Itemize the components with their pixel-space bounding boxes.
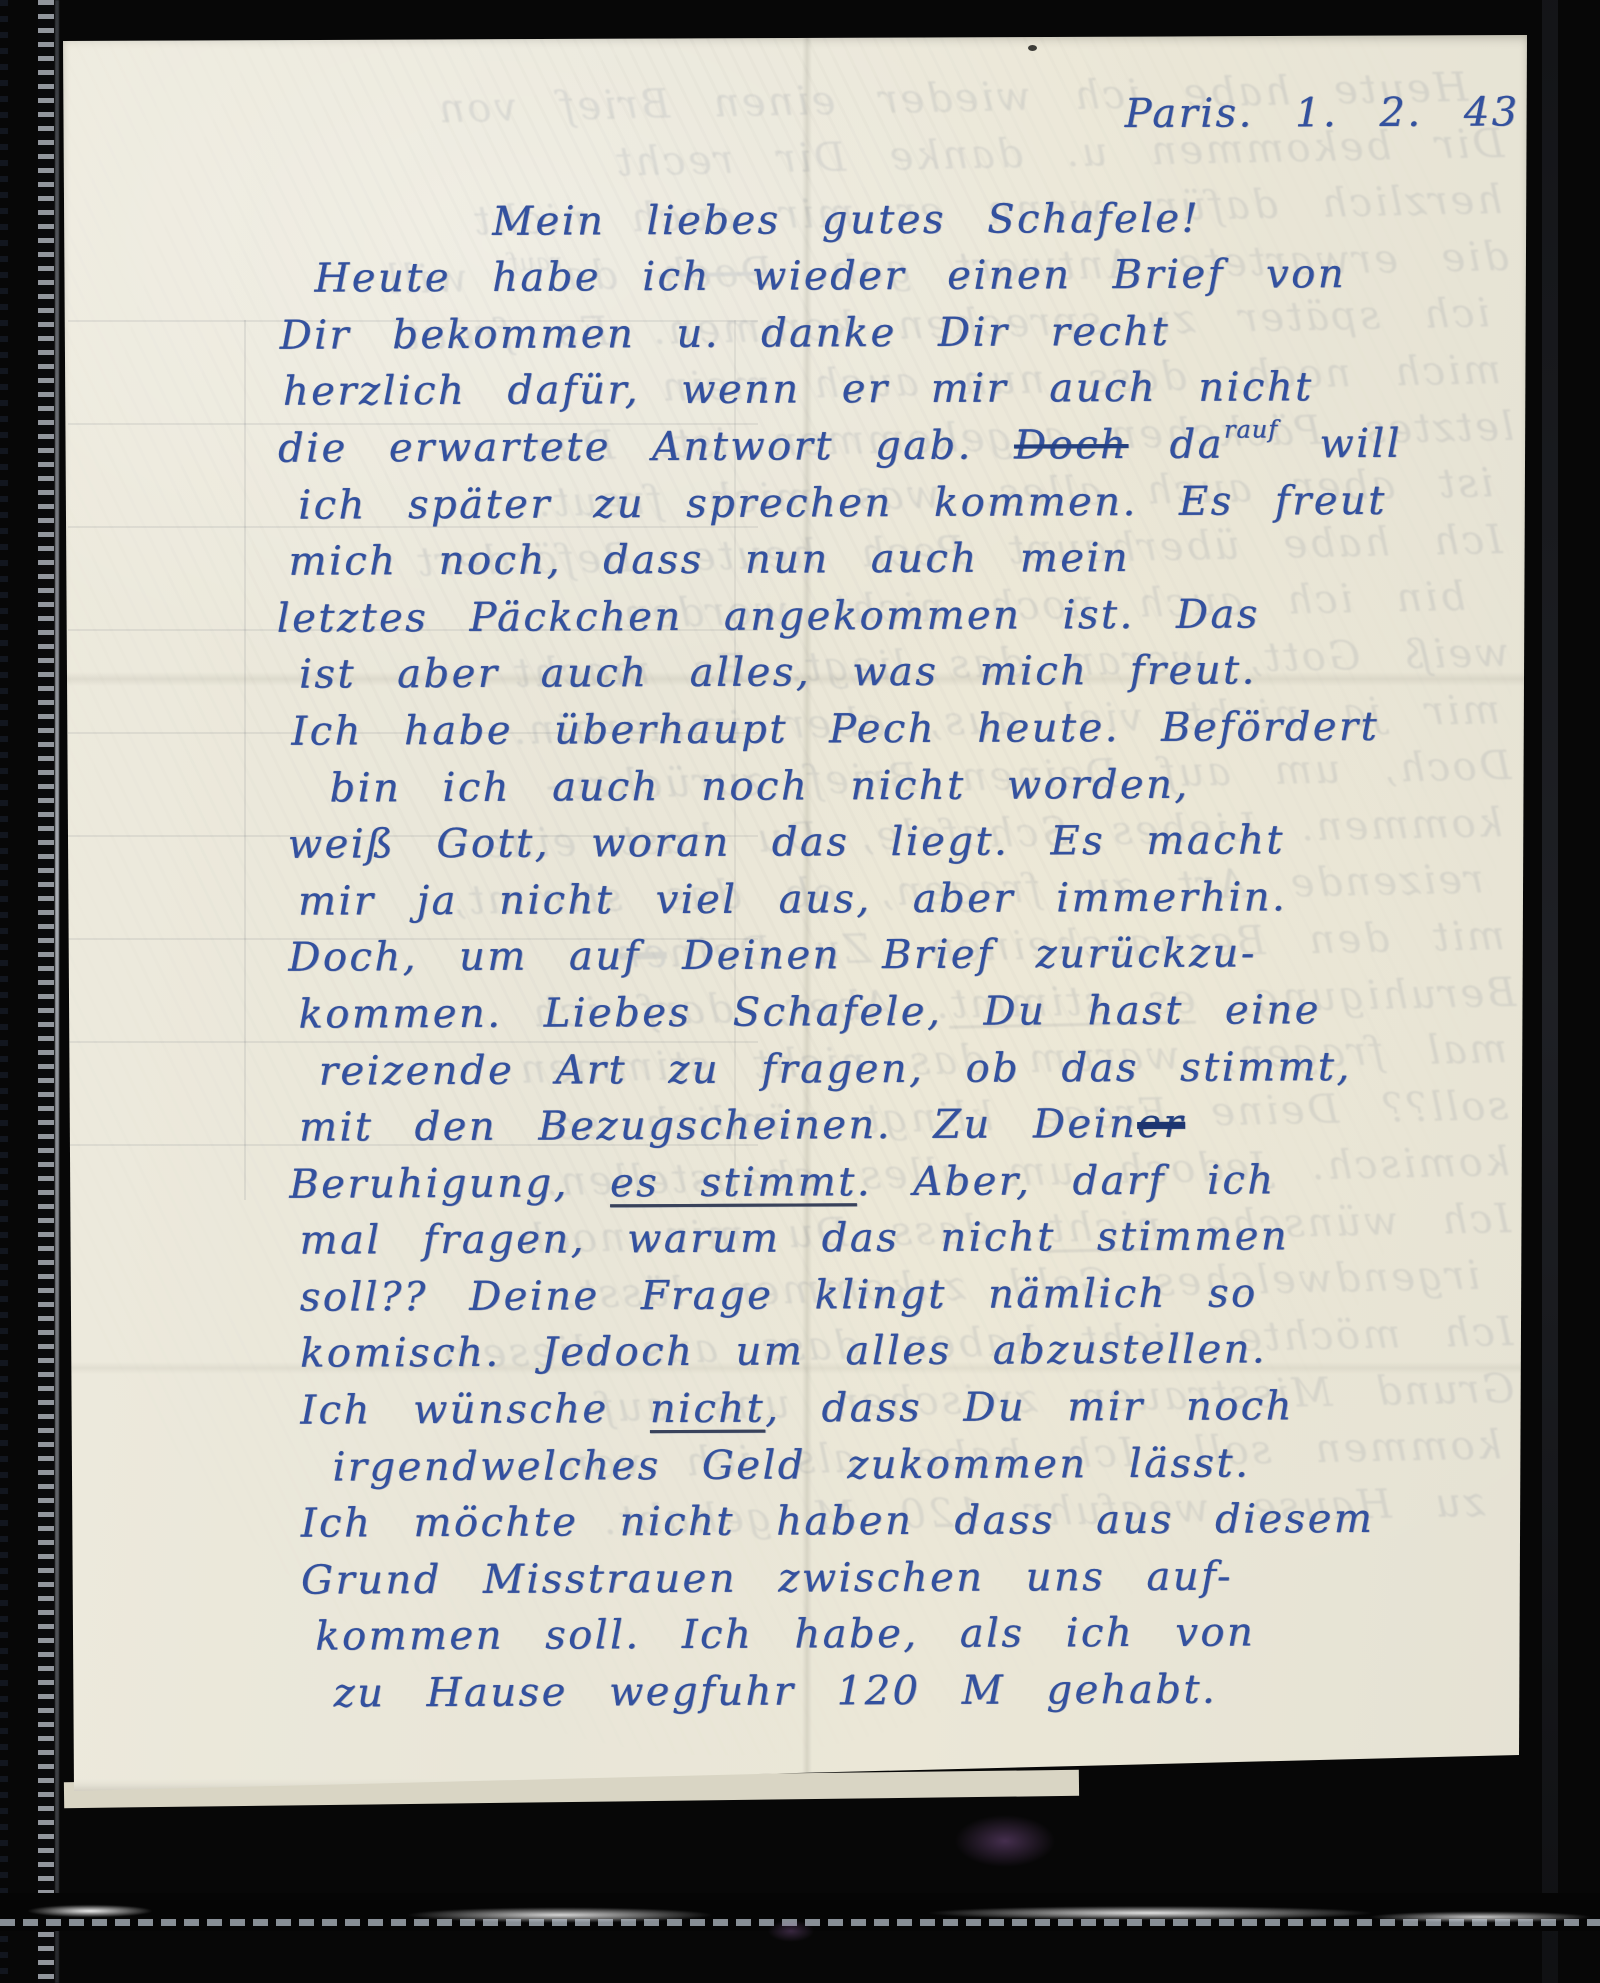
- letter-line: weiß Gott, woran das liegt. Es macht: [288, 811, 1530, 873]
- letter-text: Grund Misstrauen zwischen uns auf-: [301, 1553, 1233, 1603]
- letter-line: Ich wünsche nicht, dass Du mir noch: [300, 1377, 1532, 1439]
- letter-line: bin ich auch noch nicht worden,: [329, 755, 1529, 817]
- letter-salutation: Mein liebes gutes Schafele!: [492, 189, 1527, 250]
- letter-text: soll?? Deine Frage klingt nämlich so: [300, 1270, 1258, 1320]
- letter-line: mit den Bezugscheinen. Zu Deiner: [299, 1094, 1531, 1156]
- letter-text: letztes Päckchen angekommen ist. Das: [277, 591, 1260, 641]
- sleeve-bottom-weld-dashes: [0, 1919, 1600, 1926]
- letter-text-underline: es stimmt: [610, 1159, 857, 1206]
- letter-line: ist aber auch alles, was mich freut.: [299, 642, 1529, 704]
- letter-text: mal fragen, warum das nicht stimmen: [299, 1214, 1289, 1264]
- letter-date: Paris. 1. 2. 43: [1125, 84, 1527, 142]
- letter-text: herzlich dafür, wenn er mir auch nicht: [283, 365, 1314, 415]
- letter-text: komisch. Jedoch um alles abzustellen.: [300, 1327, 1267, 1377]
- letter-body: Heute habe ich wieder einen Brief vonDir…: [287, 245, 1533, 1722]
- letter-text: zu Hause wegfuhr 120 M gehabt.: [333, 1667, 1217, 1717]
- album-photo: Heute habe ich wieder einen Brief vonDir…: [0, 0, 1600, 1983]
- letter-text: mich noch, dass nun auch mein: [289, 535, 1131, 585]
- letter-text: Beruhigung,: [289, 1160, 610, 1207]
- letter-text: weiß Gott, woran das liegt. Es macht: [288, 817, 1285, 867]
- purple-smudge: [955, 1815, 1055, 1867]
- letter-line: komisch. Jedoch um alles abzustellen.: [300, 1321, 1532, 1383]
- letter-text: will: [1278, 421, 1402, 468]
- letter-line: Dir bekommen u. danke Dir recht: [280, 302, 1528, 364]
- handwritten-letter: Paris. 1. 2. 43 Mein liebes gutes Schafe…: [286, 29, 1533, 1722]
- letter-sheet: Heute habe ich wieder einen Brief vonDir…: [60, 32, 1530, 1794]
- letter-line: Beruhigung, es stimmt. Aber, darf ich: [289, 1151, 1531, 1213]
- letter-line: die erwartete Antwort gab. Doch darauf w…: [278, 415, 1528, 477]
- letter-text: Ich möchte nicht haben dass aus diesem: [301, 1496, 1375, 1547]
- letter-line: ich später zu sprechen kommen. Es freut: [298, 472, 1528, 534]
- letter-text: die erwartete Antwort gab.: [278, 423, 1014, 472]
- letter-line: mich noch, dass nun auch mein: [289, 528, 1529, 590]
- letter-text: Ich habe überhaupt Pech heute. Befördert: [291, 704, 1379, 755]
- letter-line: Doch, um auf Deinen Brief zurückzu-: [288, 925, 1530, 987]
- letter-text: ich später zu sprechen kommen. Es freut: [298, 477, 1387, 528]
- letter-text: kommen soll. Ich habe, als ich von: [315, 1610, 1255, 1660]
- letter-text: Heute habe ich wieder einen Brief von: [314, 251, 1346, 302]
- letter-text: kommen. Liebes Schafele, Du hast eine: [298, 987, 1320, 1037]
- ink-speck: [1028, 45, 1037, 51]
- letter-text: reizende Art zu fragen, ob das stimmt,: [319, 1044, 1352, 1095]
- letter-text-strike: Doch: [1014, 422, 1129, 468]
- letter-line: reizende Art zu fragen, ob das stimmt,: [319, 1038, 1531, 1100]
- letter-line: Ich möchte nicht haben dass aus diesem: [301, 1491, 1533, 1553]
- letter-line: letztes Päckchen angekommen ist. Das: [277, 585, 1529, 647]
- letter-text: da: [1128, 422, 1224, 468]
- letter-line: kommen. Liebes Schafele, Du hast eine: [298, 981, 1530, 1043]
- letter-line: Ich habe überhaupt Pech heute. Befördert: [291, 698, 1529, 760]
- letter-text: Dir bekommen u. danke Dir recht: [280, 309, 1171, 359]
- sleeve-left-glare: [55, 0, 59, 1983]
- letter-line: mal fragen, warum das nicht stimmen: [299, 1208, 1531, 1270]
- letter-text: Doch, um auf Deinen Brief zurückzu-: [288, 931, 1257, 981]
- letter-line: Grund Misstrauen zwischen uns auf-: [301, 1547, 1533, 1609]
- letter-line: zu Hause wegfuhr 120 M gehabt.: [333, 1660, 1533, 1722]
- letter-text-underline: nicht: [650, 1386, 765, 1433]
- sleeve-left-seam: [38, 0, 54, 1983]
- letter-line: irgendwelches Geld zukommen lässt.: [332, 1434, 1532, 1496]
- letter-text: ist aber auch alles, was mich freut.: [299, 648, 1257, 698]
- letter-line: mir ja nicht viel aus, aber immerhin.: [298, 868, 1530, 930]
- sleeve-left-edge-glints: [0, 0, 8, 1983]
- letter-text: Ich wünsche: [300, 1386, 650, 1434]
- letter-line: herzlich dafür, wenn er mir auch nicht: [283, 359, 1528, 421]
- letter-text: mit den Bezugscheinen. Zu Dein: [299, 1101, 1137, 1151]
- sleeve-right-sheen: [1542, 0, 1558, 1983]
- letter-text: , dass Du mir noch: [765, 1383, 1294, 1431]
- letter-text: . Aber, darf ich: [857, 1157, 1276, 1205]
- letter-line: kommen soll. Ich habe, als ich von: [315, 1604, 1533, 1666]
- letter-line: Heute habe ich wieder einen Brief von: [314, 245, 1527, 307]
- letter-text: irgendwelches Geld zukommen lässt.: [332, 1440, 1250, 1490]
- letter-text-blot: er: [1137, 1101, 1185, 1147]
- letter-line: soll?? Deine Frage klingt nämlich so: [300, 1264, 1532, 1326]
- sleeve-bottom-seam: [0, 1893, 1600, 1931]
- letter-text-insert-above: rauf: [1224, 401, 1278, 458]
- letter-text: bin ich auch noch nicht worden,: [330, 761, 1190, 811]
- letter-text: mir ja nicht viel aus, aber immerhin.: [298, 874, 1287, 924]
